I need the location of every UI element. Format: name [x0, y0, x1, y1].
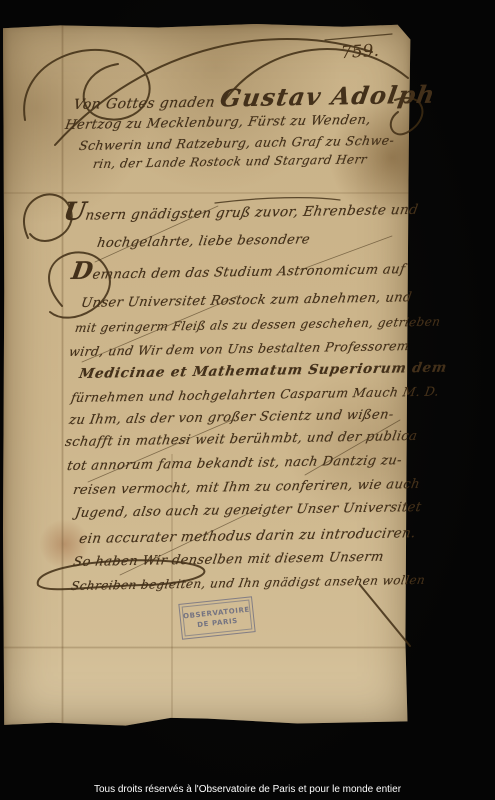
fold-crease-horizontal — [3, 646, 412, 649]
ruler-name: Gustav Adolph — [218, 80, 438, 113]
fold-crease-horizontal — [3, 192, 412, 194]
header-prefix: Von Gottes gnaden — [72, 94, 221, 113]
folio-number: 759. — [340, 41, 379, 64]
stamp-inner-border — [182, 600, 253, 637]
observatoire-de-paris-stamp: OBSERVATOIRE DE PARIS — [178, 596, 255, 640]
copyright-caption: Tous droits réservés à l'Observatoire de… — [0, 784, 495, 795]
manuscript-photo: 759. Von Gottes gnaden Gustav Adolph Her… — [0, 0, 495, 800]
